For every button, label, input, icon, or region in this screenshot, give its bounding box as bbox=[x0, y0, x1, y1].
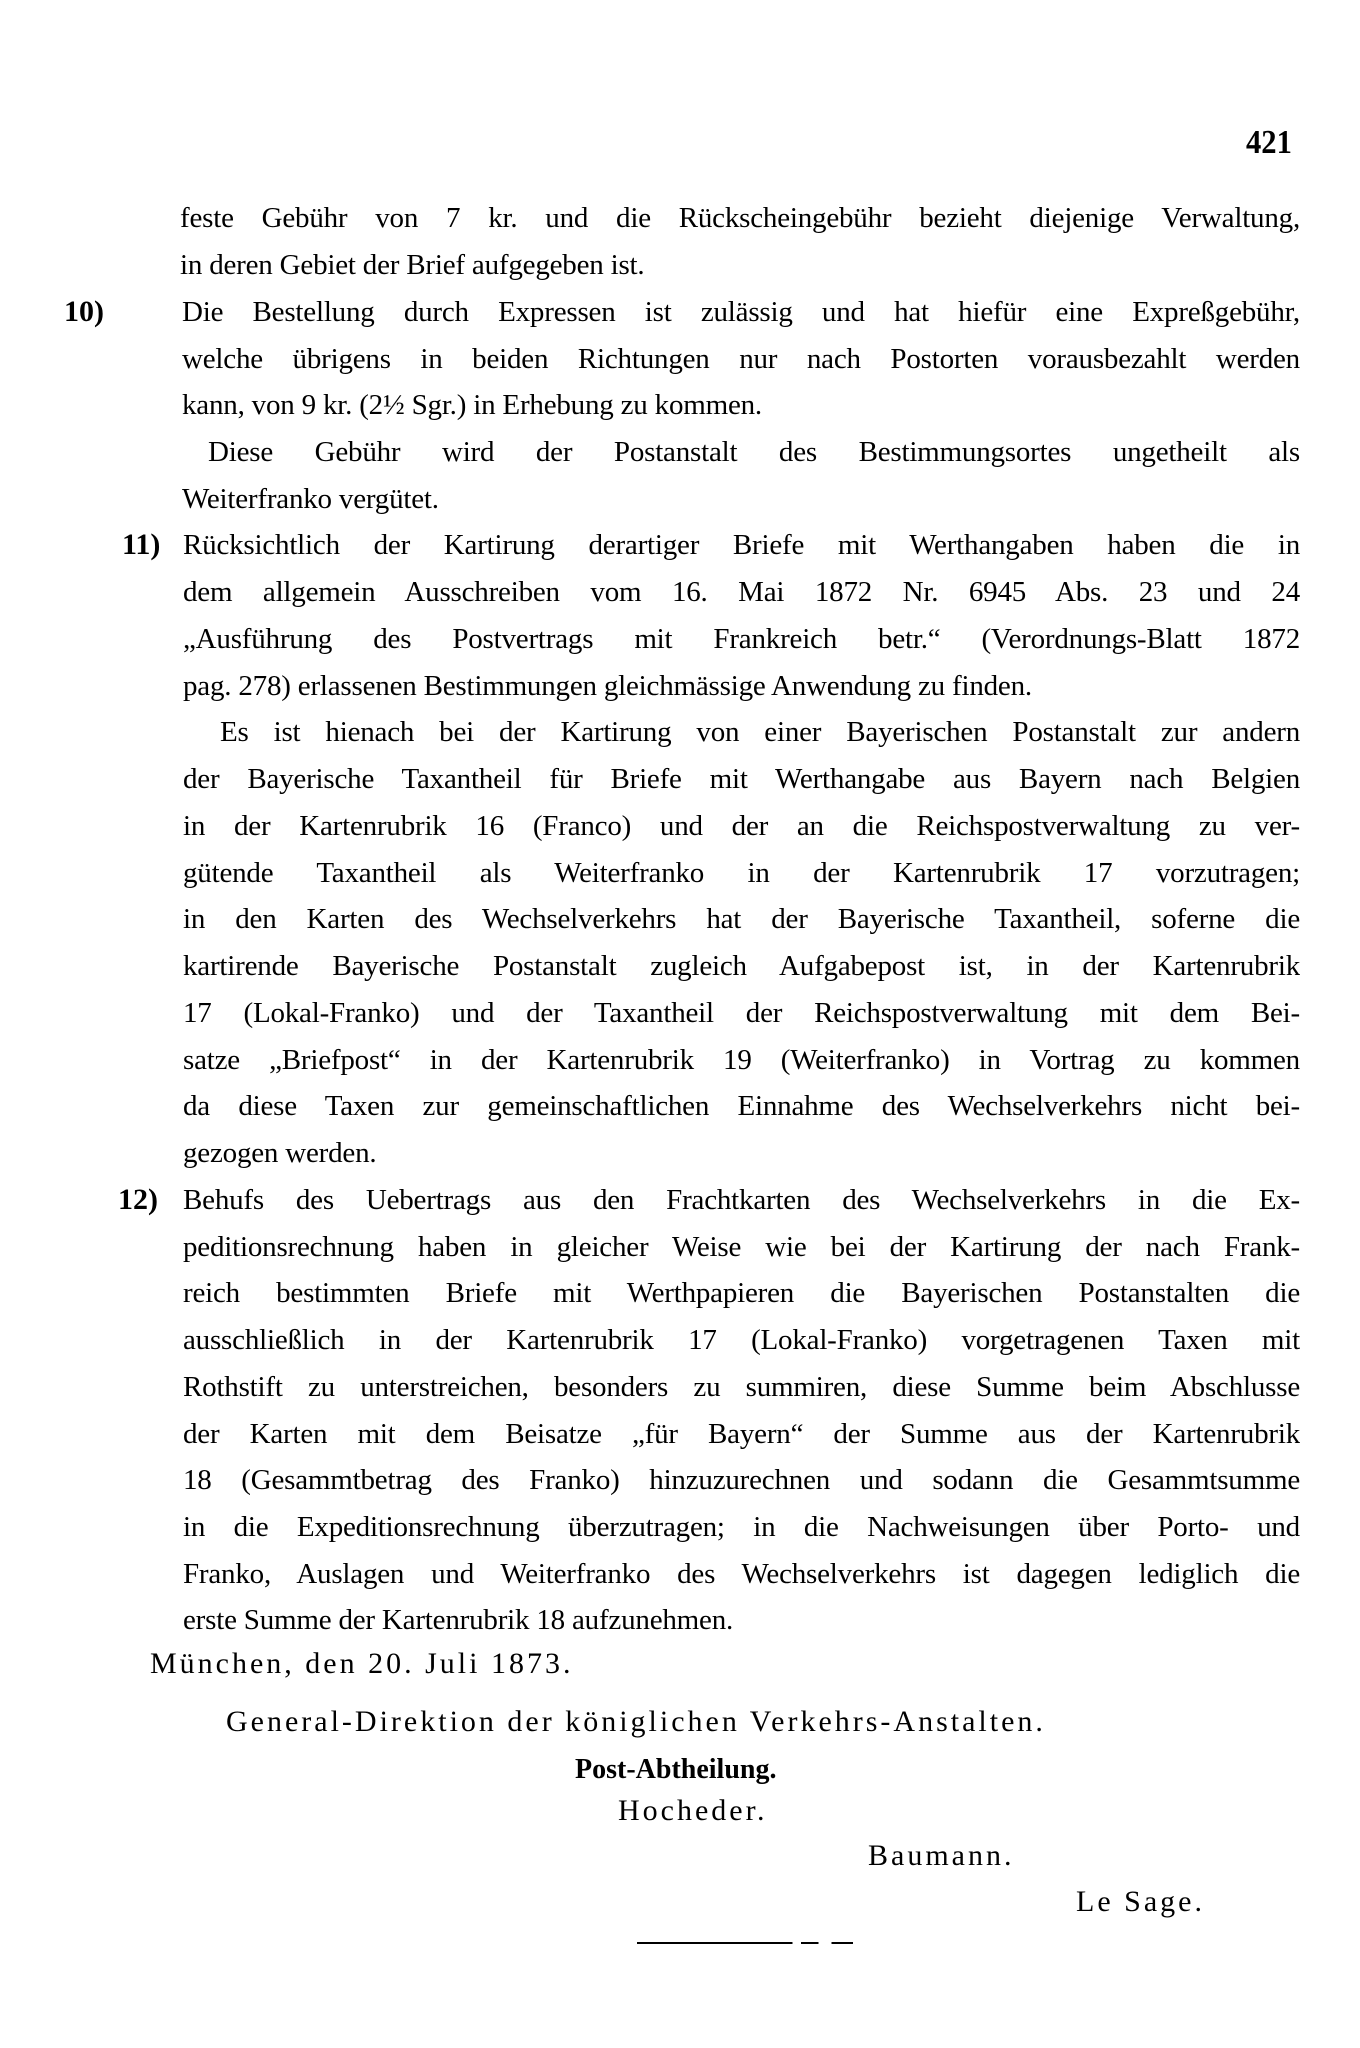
text-line: reich bestimmten Briefe mit Werthpapiere… bbox=[183, 1273, 1300, 1313]
text-line: kartirende Bayerische Postanstalt zuglei… bbox=[183, 946, 1300, 986]
page-number: 421 bbox=[1246, 126, 1292, 160]
place-date: München, den 20. Juli 1873. bbox=[150, 1644, 573, 1684]
document-page: 421 feste Gebühr von 7 kr. und die Rücks… bbox=[0, 0, 1360, 2048]
text-line: satze „Briefpost“ in der Kartenrubrik 19… bbox=[183, 1040, 1300, 1080]
signatory-le-sage: Le Sage. bbox=[1076, 1882, 1205, 1922]
signatory-hocheder: Hocheder. bbox=[618, 1791, 767, 1831]
text-line: 18 (Gesammtbetrag des Franko) hinzuzurec… bbox=[183, 1460, 1300, 1500]
text-line: Diese Gebühr wird der Postanstalt des Be… bbox=[208, 432, 1300, 472]
text-line: kann, von 9 kr. (2½ Sgr.) in Erhebung zu… bbox=[182, 385, 762, 425]
text-line: feste Gebühr von 7 kr. und die Rückschei… bbox=[180, 198, 1300, 238]
text-line: der Bayerische Taxantheil für Briefe mit… bbox=[183, 759, 1300, 799]
text-line: in der Kartenrubrik 16 (Franco) und der … bbox=[183, 806, 1300, 846]
text-line: Franko, Auslagen und Weiterfranko des We… bbox=[183, 1554, 1300, 1594]
closing-divider-rule bbox=[637, 1942, 853, 1944]
text-line: in die Expeditionsrechnung überzutragen;… bbox=[183, 1507, 1300, 1547]
text-line: der Karten mit dem Beisatze „für Bayern“… bbox=[183, 1414, 1300, 1454]
issuing-authority: General-Direktion der königlichen Verkeh… bbox=[226, 1702, 1046, 1742]
text-line: da diese Taxen zur gemeinschaftlichen Ei… bbox=[183, 1086, 1300, 1126]
text-line: Behufs des Uebertrags aus den Frachtkart… bbox=[183, 1180, 1300, 1220]
section-number-10: 10) bbox=[64, 292, 104, 332]
text-line: peditionsrechnung haben in gleicher Weis… bbox=[183, 1227, 1300, 1267]
section-number-11: 11) bbox=[122, 525, 160, 565]
text-line: Es ist hienach bei der Kartirung von ein… bbox=[220, 712, 1300, 752]
text-line: welche übrigens in beiden Richtungen nur… bbox=[182, 339, 1300, 379]
text-line: 17 (Lokal-Franko) und der Taxantheil der… bbox=[183, 993, 1300, 1033]
text-line: Rücksichtlich der Kartirung derartiger B… bbox=[183, 525, 1300, 565]
text-line: gütende Taxantheil als Weiterfranko in d… bbox=[183, 853, 1300, 893]
section-number-12: 12) bbox=[118, 1180, 158, 1220]
text-line: in den Karten des Wechselverkehrs hat de… bbox=[183, 899, 1300, 939]
text-line: Die Bestellung durch Expressen ist zuläs… bbox=[182, 292, 1300, 332]
text-line: „Ausführung des Postvertrags mit Frankre… bbox=[183, 619, 1300, 659]
signatory-baumann: Baumann. bbox=[868, 1836, 1014, 1876]
text-line: Rothstift zu unterstreichen, besonders z… bbox=[183, 1367, 1300, 1407]
text-line: erste Summe der Kartenrubrik 18 aufzuneh… bbox=[183, 1600, 733, 1640]
text-line: dem allgemein Ausschreiben vom 16. Mai 1… bbox=[183, 572, 1300, 612]
text-line: in deren Gebiet der Brief aufgegeben ist… bbox=[180, 245, 644, 285]
text-line: Weiterfranko vergütet. bbox=[182, 479, 439, 519]
text-line: ausschließlich in der Kartenrubrik 17 (L… bbox=[183, 1320, 1300, 1360]
department: Post-Abtheilung. bbox=[575, 1750, 776, 1790]
text-line: pag. 278) erlassenen Bestimmungen gleich… bbox=[183, 666, 1032, 706]
text-line: gezogen werden. bbox=[183, 1133, 376, 1173]
